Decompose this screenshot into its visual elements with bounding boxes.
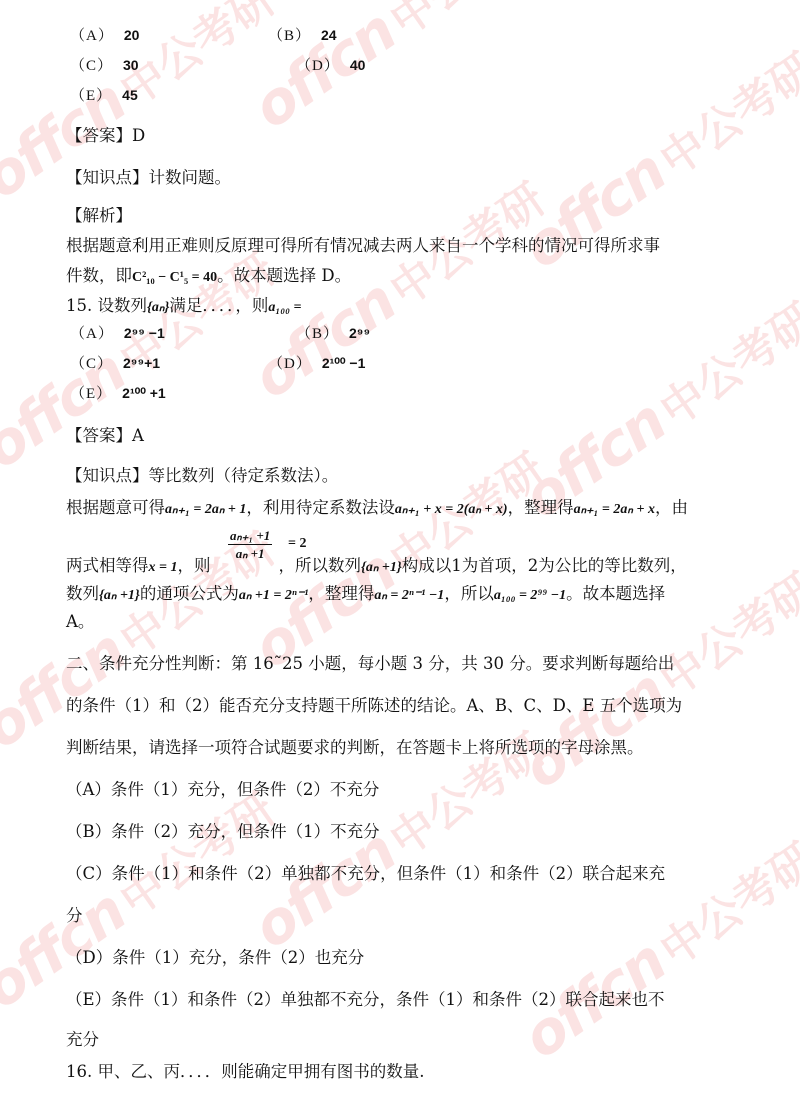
option-value: 45 (122, 87, 138, 103)
text: ，整理得 (308, 584, 374, 603)
q15-option-d: （D）2¹⁰⁰ −1 (268, 352, 365, 373)
section2-choice-c-cont: 分 (66, 902, 83, 926)
q15-answer: 【答案】A (66, 422, 144, 446)
text: ，由 (655, 498, 688, 517)
option-value: 2⁹⁹ (349, 325, 370, 341)
text: 满足．．．．，则 (169, 296, 268, 315)
q14-option-d: （D）40 (296, 54, 365, 75)
math-formula: aₙ₊₁ = 2aₙ + 1 (165, 502, 246, 517)
math-formula: x = 1 (149, 560, 178, 575)
math-formula: {aₙ +1} (361, 560, 402, 575)
option-value: 2⁹⁹+1 (123, 355, 160, 371)
text: 根据题意可得 (66, 498, 165, 517)
q14-option-a: （A）20 (70, 24, 139, 45)
section2-choice-e-cont: 充分 (66, 1026, 99, 1050)
text: ，整理得 (508, 498, 574, 517)
option-value: 40 (350, 57, 366, 73)
option-value: 24 (321, 27, 337, 43)
option-value: 2¹⁰⁰ +1 (122, 385, 166, 401)
q14-option-c: （C）30 (70, 54, 139, 75)
text: 构成以1为首项，2为公比的等比数列， (402, 556, 687, 575)
text: ，则 (177, 556, 210, 575)
math-formula: aₙ +1 = 2ⁿ⁻¹ (239, 588, 309, 603)
q15-option-a: （A）2⁹⁹ −1 (70, 322, 165, 343)
section2-intro: 二、条件充分性判断：第 16˜25 小题，每小题 3 分，共 30 分。要求判断… (66, 650, 674, 674)
q15-analysis-line: 根据题意可得aₙ₊₁ = 2aₙ + 1，利用待定系数法设aₙ₊₁ + x = … (66, 494, 688, 518)
fraction-result: = 2 (288, 536, 306, 552)
text: ，所以数列 (278, 556, 361, 575)
q14-analysis-line: 件数，即C²₁₀ − C¹₅ = 40。故本题选择 D。 (66, 262, 351, 286)
text: 15. 设数列 (66, 296, 147, 315)
text: 的通项公式为 (140, 584, 239, 603)
q15-stem: 15. 设数列{aₙ}满足．．．．，则a₁₀₀ = (66, 292, 301, 316)
q15-option-c: （C）2⁹⁹+1 (70, 352, 160, 373)
section2-choice-b: （B）条件（2）充分，但条件（1）不充分 (66, 818, 380, 842)
math-formula: C²₁₀ − C¹₅ = 40 (132, 270, 217, 285)
option-value: 20 (124, 27, 140, 43)
section2-intro: 判断结果，请选择一项符合试题要求的判断，在答题卡上将所选项的字母涂黑。 (66, 734, 644, 758)
q15-analysis-line: A。 (66, 608, 94, 632)
option-label: （D） (268, 356, 312, 372)
math-formula: aₙ = 2ⁿ⁻¹ −1 (374, 588, 444, 603)
q14-knowledge-point: 【知识点】计数问题。 (66, 164, 231, 188)
q14-analysis-line: 根据题意利用正难则反原理可得所有情况减去两人来自一个学科的情况可得所求事 (66, 232, 660, 256)
text: 件数，即 (66, 266, 132, 285)
q14-answer: 【答案】D (66, 122, 145, 146)
math-formula: {aₙ} (147, 300, 169, 315)
option-label: （D） (296, 58, 340, 74)
q14-analysis-heading: 【解析】 (66, 202, 132, 226)
text: 。故本题选择 D。 (217, 266, 351, 285)
text: 数列 (66, 584, 99, 603)
math-formula: a₁₀₀ = 2⁹⁹ −1 (494, 588, 566, 603)
q15-analysis-line: 两式相等得x = 1，则，所以数列{aₙ +1}构成以1为首项，2为公比的等比数… (66, 552, 687, 576)
option-label: （B） (268, 28, 311, 44)
q14-option-b: （B）24 (268, 24, 337, 45)
math-formula: aₙ₊₁ = 2aₙ + x (574, 502, 655, 517)
q15-analysis-line: 数列{aₙ +1}的通项公式为aₙ +1 = 2ⁿ⁻¹，整理得aₙ = 2ⁿ⁻¹… (66, 580, 665, 604)
option-value: 2¹⁰⁰ −1 (322, 355, 366, 371)
math-formula: aₙ₊₁ + x = 2(aₙ + x) (395, 502, 508, 517)
q14-option-e: （E）45 (70, 84, 138, 105)
option-label: （E） (70, 88, 112, 104)
option-label: （B） (296, 326, 339, 342)
q16-stem: 16. 甲、乙、丙．．．．则能确定甲拥有图书的数量. (66, 1058, 424, 1082)
text: ，所以 (444, 584, 494, 603)
q15-option-b: （B）2⁹⁹ (296, 322, 370, 343)
text: 。故本题选择 (566, 584, 665, 603)
option-label: （A） (70, 28, 114, 44)
option-value: 2⁹⁹ −1 (124, 325, 165, 341)
text: ，利用待定系数法设 (246, 498, 395, 517)
text: 两式相等得 (66, 556, 149, 575)
option-label: （E） (70, 386, 112, 402)
option-label: （A） (70, 326, 114, 342)
q15-knowledge-point: 【知识点】等比数列（待定系数法）。 (66, 462, 338, 486)
section2-intro: 的条件（1）和（2）能否充分支持题干所陈述的结论。A、B、C、D、E 五个选项为 (66, 692, 682, 716)
document-page: （A）20 （B）24 （C）30 （D）40 （E）45 【答案】D 【知识点… (0, 0, 800, 1108)
option-label: （C） (70, 356, 113, 372)
q15-option-e: （E）2¹⁰⁰ +1 (70, 382, 166, 403)
math-formula: a₁₀₀ = (268, 300, 301, 315)
section2-choice-a: （A）条件（1）充分，但条件（2）不充分 (66, 776, 379, 800)
section2-choice-c: （C）条件（1）和条件（2）单独都不充分，但条件（1）和条件（2）联合起来充 (66, 860, 665, 884)
math-formula: {aₙ +1} (99, 588, 140, 603)
fraction-numerator: aₙ₊₁ +1 (228, 528, 272, 545)
option-value: 30 (123, 57, 139, 73)
option-label: （C） (70, 58, 113, 74)
section2-choice-e: （E）条件（1）和条件（2）单独都不充分，条件（1）和条件（2）联合起来也不 (66, 986, 665, 1010)
section2-choice-d: （D）条件（1）充分，条件（2）也充分 (66, 944, 364, 968)
